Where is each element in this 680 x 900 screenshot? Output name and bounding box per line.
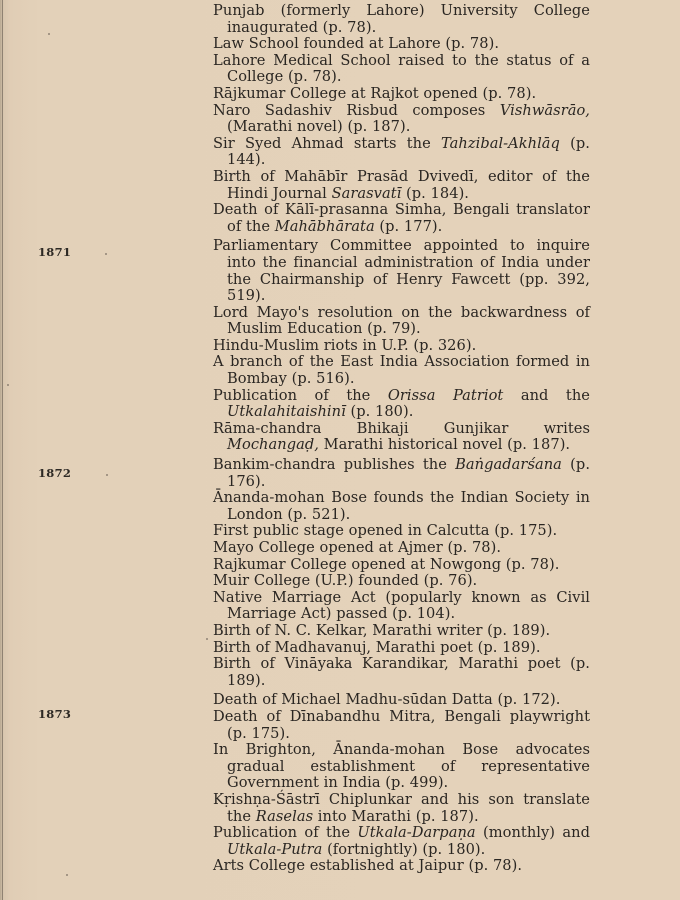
scan-speck bbox=[106, 474, 108, 476]
entry-title-italic: Utkalahitaishinī bbox=[227, 403, 346, 420]
entry-text: Punjab (formerly Lahore) University Coll… bbox=[213, 2, 590, 36]
entry-title-italic: Baṅgadarśana bbox=[455, 456, 562, 473]
chronology-entry: Sir Syed Ahmad starts the Tahzibal-Akhlā… bbox=[213, 136, 590, 169]
entry-text: Publication of the bbox=[213, 824, 357, 841]
scan-speck bbox=[48, 33, 50, 35]
chronology-entry: Hindu-Muslim riots in U.P. (p. 326). bbox=[213, 338, 590, 355]
entry-text: Rajkumar College opened at Nowgong (p. 7… bbox=[213, 556, 559, 573]
entry-text: In Brighton, Ānanda-mohan Bose advocates… bbox=[213, 741, 590, 791]
chronology-entry: Rājkumar College at Rajkot opened (p. 78… bbox=[213, 86, 590, 103]
entry-text: Birth of N. C. Kelkar, Marathi writer (p… bbox=[213, 622, 550, 639]
chronology-entry: Native Marriage Act (popularly known as … bbox=[213, 590, 590, 623]
chronology-entry: Arts College established at Jaipur (p. 7… bbox=[213, 858, 590, 875]
entry-text: (fortnightly) (p. 180). bbox=[322, 841, 485, 858]
chronology-entry: Mayo College opened at Ajmer (p. 78). bbox=[213, 540, 590, 557]
chronology-entry: A branch of the East India Association f… bbox=[213, 354, 590, 387]
entry-text: (p. 184). bbox=[401, 185, 469, 202]
chronology-entry: Death of Michael Madhu-sūdan Datta (p. 1… bbox=[213, 692, 590, 709]
chronology-entries: Punjab (formerly Lahore) University Coll… bbox=[213, 3, 590, 875]
entry-text: Native Marriage Act (popularly known as … bbox=[213, 589, 590, 623]
chronology-entry: Birth of Madhavanuj, Marathi poet (p. 18… bbox=[213, 640, 590, 657]
entry-text: Marathi historical novel (p. 187). bbox=[319, 436, 570, 453]
scan-speck bbox=[206, 638, 208, 640]
entry-text: Arts College established at Jaipur (p. 7… bbox=[213, 857, 522, 874]
entry-title-italic: Sarasvatī bbox=[332, 185, 402, 202]
entry-title-italic: Utkala-Putra bbox=[227, 841, 322, 858]
chronology-entry: Bankim-chandra publishes the Baṅgadarśan… bbox=[213, 457, 590, 490]
chronology-entry: Birth of N. C. Kelkar, Marathi writer (p… bbox=[213, 623, 590, 640]
scanned-page: 1871 1872 1873 Punjab (formerly Lahore) … bbox=[0, 0, 680, 900]
entry-text: Hindu-Muslim riots in U.P. (p. 326). bbox=[213, 337, 476, 354]
entry-text: Death of Dīnabandhu Mitra, Bengali playw… bbox=[213, 708, 590, 742]
year-label-1872: 1872 bbox=[38, 466, 71, 480]
year-label-1871: 1871 bbox=[38, 245, 71, 259]
entry-text: Mayo College opened at Ajmer (p. 78). bbox=[213, 539, 501, 556]
entry-text: Birth of Vināyaka Karandikar, Marathi po… bbox=[213, 655, 590, 689]
chronology-entry: Law School founded at Lahore (p. 78). bbox=[213, 36, 590, 53]
chronology-entry: Kṛishṇa-Śāstrī Chiplunkar and his son tr… bbox=[213, 792, 590, 825]
chronology-entry: Death of Kālī-prasanna Simha, Bengali tr… bbox=[213, 202, 590, 235]
chronology-entry: Muir College (U.P.) founded (p. 76). bbox=[213, 573, 590, 590]
chronology-entry: Lahore Medical School raised to the stat… bbox=[213, 53, 590, 86]
entry-text: Rāma-chandra Bhikaji Gunjikar writes bbox=[213, 420, 590, 437]
entry-title-italic: Utkala-Darpaṇa bbox=[357, 824, 475, 841]
scan-speck bbox=[7, 384, 9, 386]
chronology-entry: Publication of the Utkala-Darpaṇa (month… bbox=[213, 825, 590, 858]
chronology-entry: Rāma-chandra Bhikaji Gunjikar writes Moc… bbox=[213, 421, 590, 454]
entry-text: into Marathi (p. 187). bbox=[313, 808, 479, 825]
entry-title-italic: Mochangaḍ, bbox=[227, 436, 319, 453]
entry-text: and the bbox=[503, 387, 590, 404]
entry-text: Bankim-chandra publishes the bbox=[213, 456, 455, 473]
entry-title-italic: Orissa Patriot bbox=[388, 387, 503, 404]
entry-text: First public stage opened in Calcutta (p… bbox=[213, 522, 557, 539]
entry-text: Rājkumar College at Rajkot opened (p. 78… bbox=[213, 85, 536, 102]
entry-text: Naro Sadashiv Risbud composes bbox=[213, 102, 500, 119]
page-binding-edge bbox=[2, 0, 3, 900]
entry-text: Death of Michael Madhu-sūdan Datta (p. 1… bbox=[213, 691, 560, 708]
entry-text: Publication of the bbox=[213, 387, 388, 404]
entry-title-italic: Vishwāsrāo, bbox=[500, 102, 590, 119]
entry-text: Parliamentary Committee appointed to inq… bbox=[213, 237, 590, 304]
chronology-entry: In Brighton, Ānanda-mohan Bose advocates… bbox=[213, 742, 590, 792]
chronology-entry: Punjab (formerly Lahore) University Coll… bbox=[213, 3, 590, 36]
chronology-entry: Rajkumar College opened at Nowgong (p. 7… bbox=[213, 557, 590, 574]
entry-title-italic: Tahzibal-Akhlāq bbox=[441, 135, 560, 152]
entry-text: A branch of the East India Association f… bbox=[213, 353, 590, 387]
entry-text: (p. 180). bbox=[346, 403, 414, 420]
chronology-entry: Ānanda-mohan Bose founds the Indian Soci… bbox=[213, 490, 590, 523]
chronology-entry: Parliamentary Committee appointed to inq… bbox=[213, 238, 590, 304]
entry-text: (monthly) and bbox=[476, 824, 590, 841]
entry-text: Law School founded at Lahore (p. 78). bbox=[213, 35, 499, 52]
chronology-entry: First public stage opened in Calcutta (p… bbox=[213, 523, 590, 540]
chronology-entry: Naro Sadashiv Risbud composes Vishwāsrāo… bbox=[213, 103, 590, 136]
chronology-entry: Death of Dīnabandhu Mitra, Bengali playw… bbox=[213, 709, 590, 742]
entry-text: Lahore Medical School raised to the stat… bbox=[213, 52, 590, 86]
entry-text: Ānanda-mohan Bose founds the Indian Soci… bbox=[213, 489, 590, 523]
entry-text: Birth of Madhavanuj, Marathi poet (p. 18… bbox=[213, 639, 541, 656]
entry-text: Sir Syed Ahmad starts the bbox=[213, 135, 441, 152]
chronology-entry: Publication of the Orissa Patriot and th… bbox=[213, 388, 590, 421]
year-label-1873: 1873 bbox=[38, 707, 71, 721]
entry-text: (p. 177). bbox=[375, 218, 443, 235]
chronology-entry: Lord Mayo's resolution on the backwardne… bbox=[213, 305, 590, 338]
entry-title-italic: Raselas bbox=[256, 808, 313, 825]
entry-text: (Marathi novel) (p. 187). bbox=[227, 118, 410, 135]
entry-text: Lord Mayo's resolution on the backwardne… bbox=[213, 304, 590, 338]
chronology-entry: Birth of Vināyaka Karandikar, Marathi po… bbox=[213, 656, 590, 689]
chronology-entry: Birth of Mahābīr Prasād Dvivedī, editor … bbox=[213, 169, 590, 202]
entry-text: Muir College (U.P.) founded (p. 76). bbox=[213, 572, 477, 589]
scan-speck bbox=[105, 253, 107, 255]
entry-title-italic: Mahābhārata bbox=[275, 218, 375, 235]
scan-speck bbox=[66, 874, 68, 876]
